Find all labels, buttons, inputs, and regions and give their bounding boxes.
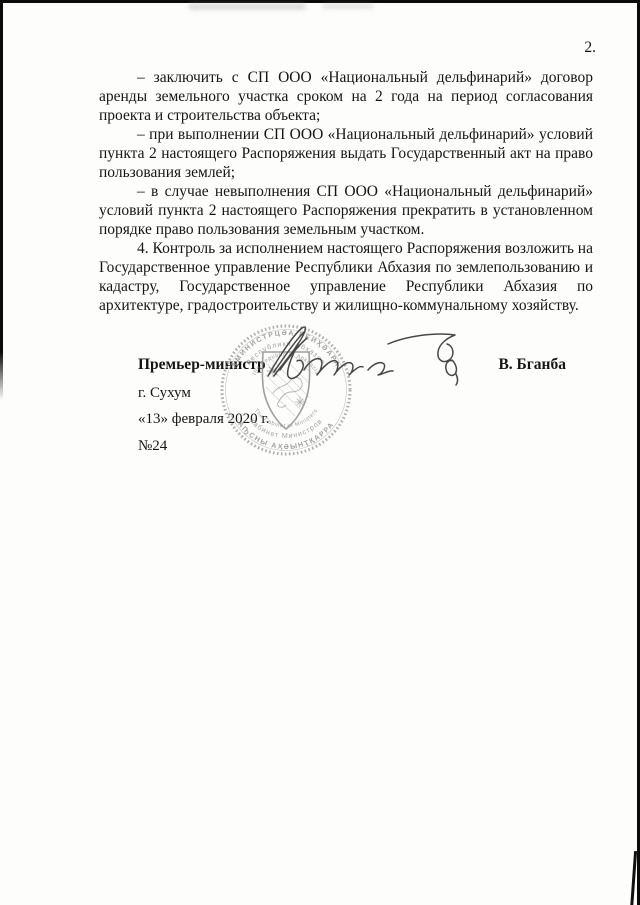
signature-stroke <box>388 334 455 362</box>
paragraph-lease-term: – заключить с СП ООО «Национальный дельф… <box>99 68 593 125</box>
paragraph-termination: – в случае невыполнения СП ООО «Национал… <box>99 182 593 239</box>
signature-stroke <box>456 374 458 385</box>
signer-name: В. Бганба <box>498 356 566 374</box>
handwritten-signature <box>250 318 470 390</box>
paragraph-state-act: – при выполнении СП ООО «Национальный де… <box>99 125 593 182</box>
signature-stroke <box>268 327 305 376</box>
scan-border-top <box>0 0 640 3</box>
document-page: 2. – заключить с СП ООО «Национальный де… <box>0 0 640 905</box>
scan-border-left <box>0 0 3 400</box>
signature-stroke <box>446 360 457 375</box>
paragraph-control: 4. Контроль за исполнением настоящего Ра… <box>99 239 593 315</box>
scan-corner-mark <box>630 851 637 905</box>
document-body: – заключить с СП ООО «Национальный дельф… <box>99 68 593 315</box>
signature-stroke <box>368 363 393 375</box>
signature-city: г. Сухум <box>138 385 191 402</box>
signature-stroke <box>304 359 363 375</box>
document-number: №24 <box>138 438 167 455</box>
scan-smudge <box>188 3 306 10</box>
page-number: 2. <box>0 39 596 57</box>
scan-smudge <box>322 3 374 9</box>
